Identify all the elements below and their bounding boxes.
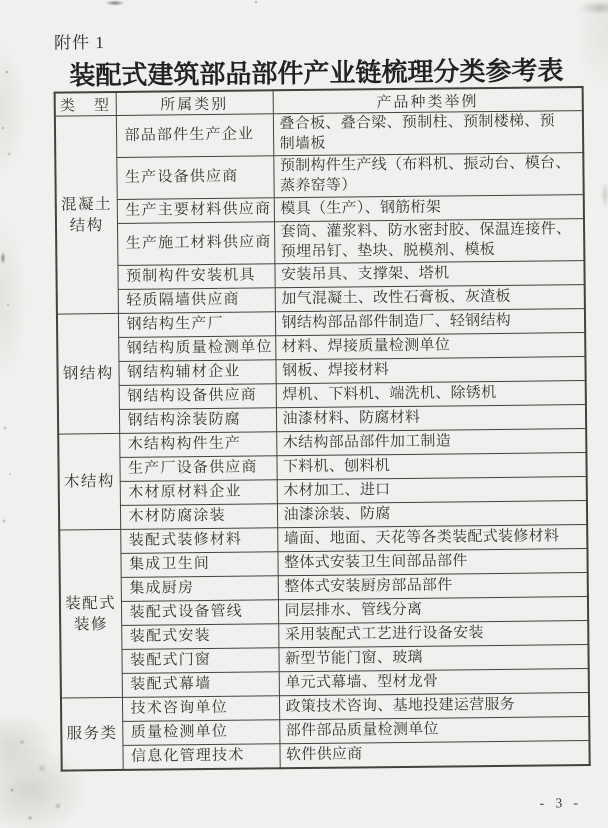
type-cell: 钢结构	[57, 313, 119, 434]
examples-cell: 采用装配式工艺进行设备安装	[278, 621, 588, 648]
category-cell: 信息化管理技术	[122, 744, 279, 770]
examples-cell: 下料机、刨料机	[276, 453, 586, 480]
examples-cell: 钢结构部品部件制造厂、轻钢结构	[275, 309, 585, 336]
category-cell: 钢结构质量检测单位	[118, 336, 275, 362]
category-cell: 生产施工材料供应商	[117, 222, 274, 266]
examples-cell: 政策技术咨询、基地投建运营服务	[279, 693, 589, 720]
examples-cell: 软件供应商	[279, 741, 589, 769]
category-cell: 装配式门窗	[121, 648, 278, 674]
page-number: - 3 -	[540, 795, 583, 811]
category-cell: 部品部件生产企业	[116, 114, 273, 158]
examples-cell: 材料、焊接质量检测单位	[275, 333, 585, 360]
examples-cell: 安装吊具、支撑架、塔机	[274, 261, 584, 288]
table-body: 混凝土 结构部品部件生产企业叠合板、叠合梁、预制柱、预制楼梯、预 制墙板生产设备…	[55, 111, 590, 771]
category-cell: 木材原材料企业	[120, 480, 277, 506]
page-content: 附件 1 装配式建筑部品部件产业链梳理分类参考表 类 型 所属类别 产品种类举例…	[0, 0, 608, 828]
table-row: 生产设备供应商预制构件生产线（布料机、振动台、模台、 蒸养窑等）	[55, 153, 583, 201]
examples-cell: 套筒、灌浆料、防水密封胶、保温连接件、 预埋吊钉、垫块、脱模剂、模板	[274, 219, 584, 264]
category-cell: 装配式装修材料	[120, 528, 277, 554]
scanned-page: 附件 1 装配式建筑部品部件产业链梳理分类参考表 类 型 所属类别 产品种类举例…	[0, 0, 608, 828]
category-cell: 装配式安装	[121, 624, 278, 650]
category-cell: 轻质隔墙供应商	[118, 288, 275, 314]
category-cell: 钢结构涂装防腐	[119, 408, 276, 434]
category-cell: 木材防腐涂装	[120, 504, 277, 530]
examples-cell: 单元式幕墙、型材龙骨	[279, 669, 589, 696]
type-cell: 装配式 装修	[59, 529, 122, 698]
header-type: 类 型	[55, 92, 116, 116]
classification-table: 类 型 所属类别 产品种类举例 混凝土 结构部品部件生产企业叠合板、叠合梁、预制…	[54, 86, 591, 772]
examples-cell: 整体式安装卫生间部品部件	[277, 549, 587, 576]
category-cell: 集成卫生间	[120, 552, 277, 578]
category-cell: 生产厂设备供应商	[119, 456, 276, 482]
examples-cell: 新型节能门窗、玻璃	[278, 645, 588, 672]
table-row: 生产施工材料供应商套筒、灌浆料、防水密封胶、保温连接件、 预埋吊钉、垫块、脱模剂…	[56, 219, 584, 267]
attachment-label: 附件 1	[54, 28, 105, 54]
category-cell: 钢结构辅材企业	[118, 360, 275, 386]
category-cell: 预制构件安装机具	[117, 264, 274, 290]
category-cell: 集成厨房	[121, 576, 278, 602]
category-cell: 木结构构件生产	[119, 432, 276, 458]
category-cell: 生产主要材料供应商	[117, 198, 274, 224]
examples-cell: 木材加工、进口	[277, 477, 587, 504]
examples-cell: 油漆材料、防腐材料	[276, 405, 586, 432]
type-cell: 服务类	[61, 697, 123, 770]
type-cell: 木结构	[58, 433, 120, 530]
category-cell: 装配式幕墙	[122, 672, 279, 698]
type-cell: 混凝土 结构	[55, 115, 118, 314]
examples-cell: 焊机、下料机、端洗机、除锈机	[276, 381, 586, 408]
examples-cell: 部件部品质量检测单位	[279, 717, 589, 744]
header-category: 所属类别	[116, 90, 273, 115]
category-cell: 质量检测单位	[122, 720, 279, 746]
category-cell: 生产设备供应商	[116, 156, 273, 200]
category-cell: 装配式设备管线	[121, 600, 278, 626]
examples-cell: 油漆涂装、防腐	[277, 501, 587, 528]
category-cell: 钢结构设备供应商	[119, 384, 276, 410]
examples-cell: 同层排水、管线分离	[278, 597, 588, 624]
examples-cell: 预制构件生产线（布料机、振动台、模台、 蒸养窑等）	[273, 153, 583, 198]
header-examples: 产品种类举例	[273, 87, 583, 114]
examples-cell: 墙面、地面、天花等各类装配式装修材料	[277, 525, 587, 552]
examples-cell: 钢板、焊接材料	[275, 357, 585, 384]
examples-cell: 整体式安装厨房部品部件	[278, 573, 588, 600]
category-cell: 技术咨询单位	[122, 696, 279, 722]
category-cell: 钢结构生产厂	[118, 312, 275, 338]
examples-cell: 叠合板、叠合梁、预制柱、预制楼梯、预 制墙板	[273, 111, 583, 156]
examples-cell: 加气混凝土、改性石膏板、灰渣板	[275, 285, 585, 312]
examples-cell: 木结构部品部件加工制造	[276, 429, 586, 456]
examples-cell: 模具（生产）、钢筋桁架	[274, 195, 584, 222]
table-row: 混凝土 结构部品部件生产企业叠合板、叠合梁、预制柱、预制楼梯、预 制墙板	[55, 111, 583, 159]
table-row: 信息化管理技术软件供应商	[61, 741, 589, 771]
